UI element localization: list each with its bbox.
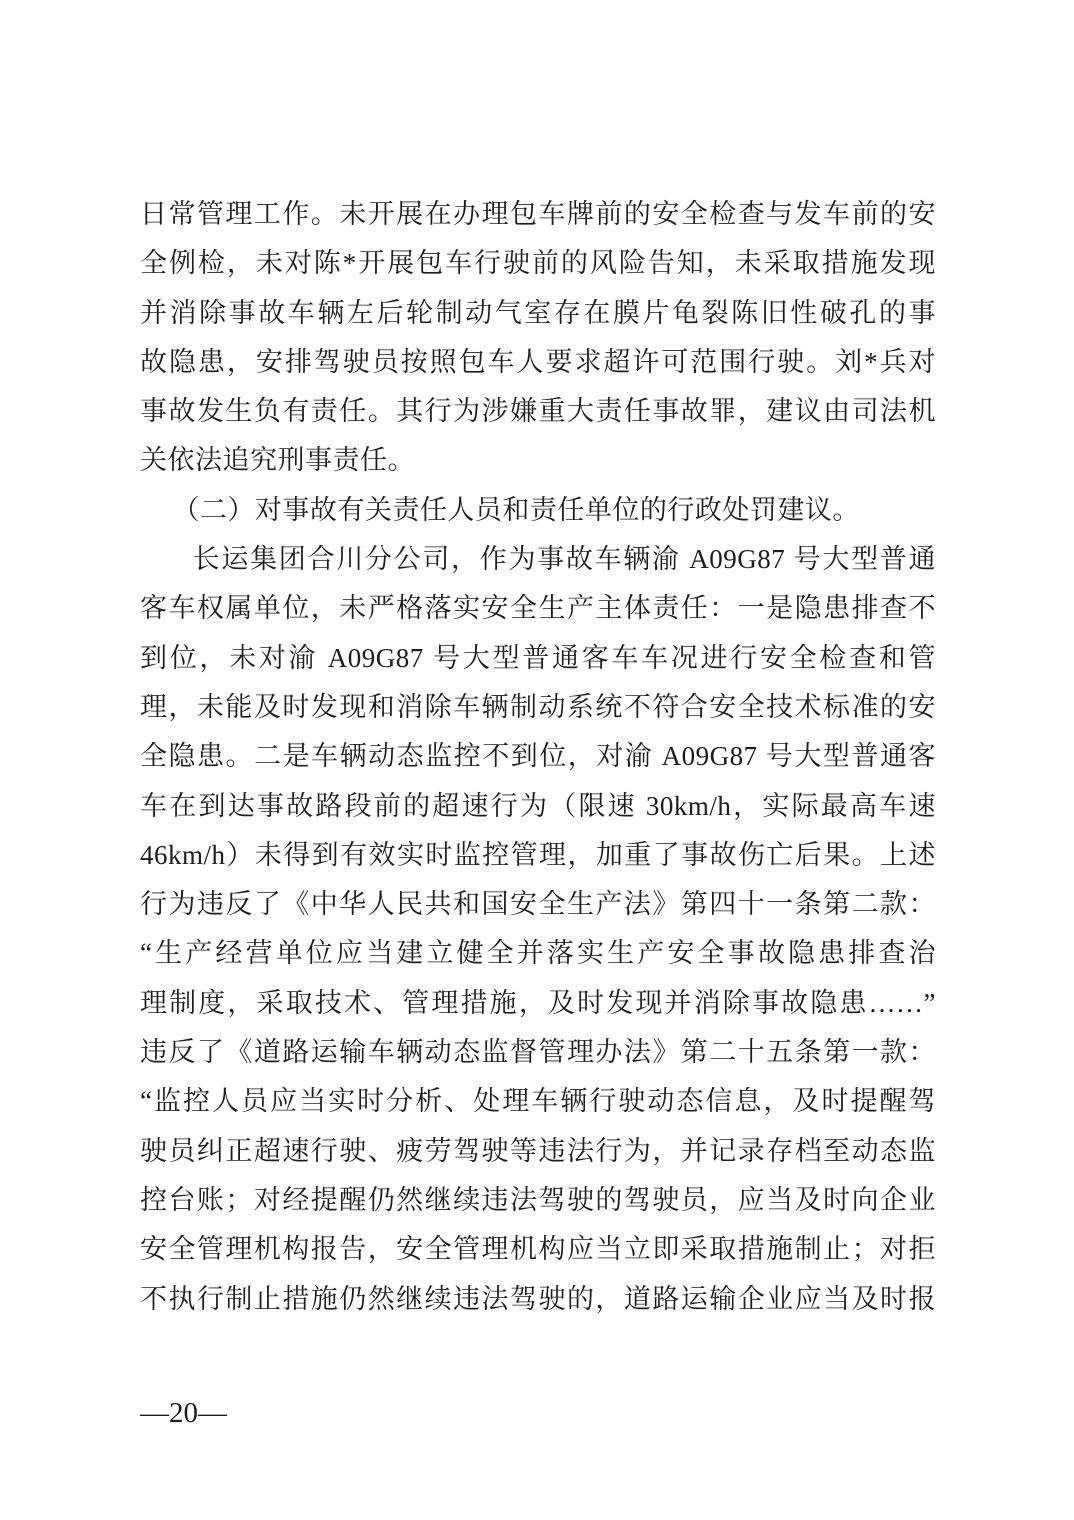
page-number: —20— [140, 1396, 227, 1430]
text-line: 理，未能及时发现和消除车辆制动系统不符合安全技术标准的安 [140, 683, 936, 732]
text-line: 控台账；对经提醒仍然继续违法驾驶的驾驶员，应当及时向企业 [140, 1176, 936, 1225]
text-line: 并消除事故车辆左后轮制动气室存在膜片龟裂陈旧性破孔的事 [140, 289, 936, 338]
text-line: 全例检，未对陈*开展包车行驶前的风险告知，未采取措施发现 [140, 239, 936, 288]
text-line: 行为违反了《中华人民共和国安全生产法》第四十一条第二款： [140, 880, 936, 929]
text-line: 安全管理机构报告，安全管理机构应当立即采取措施制止；对拒 [140, 1225, 936, 1274]
text-line: “监控人员应当实时分析、处理车辆行驶动态信息，及时提醒驾 [140, 1077, 936, 1126]
text-line: 关依法追究刑事责任。 [140, 436, 936, 485]
text-line: 故隐患，安排驾驶员按照包车人要求超许可范围行驶。刘*兵对 [140, 338, 936, 387]
text-line: 到位，未对渝 A09G87 号大型普通客车车况进行安全检查和管 [140, 634, 936, 683]
document-body: 日常管理工作。未开展在办理包车牌前的安全检查与发车前的安 全例检，未对陈*开展包… [140, 190, 936, 1324]
text-line: 车在到达事故路段前的超速行为（限速 30km/h，实际最高车速 [140, 782, 936, 831]
text-line: 客车权属单位，未严格落实安全生产主体责任：一是隐患排查不 [140, 584, 936, 633]
text-line: 理制度，采取技术、管理措施，及时发现并消除事故隐患……” [140, 979, 936, 1028]
document-page: 日常管理工作。未开展在办理包车牌前的安全检查与发车前的安 全例检，未对陈*开展包… [0, 0, 1074, 1520]
text-line: 日常管理工作。未开展在办理包车牌前的安全检查与发车前的安 [140, 190, 936, 239]
text-line: 46km/h）未得到有效实时监控管理，加重了事故伤亡后果。上述 [140, 831, 936, 880]
text-line: 长运集团合川分公司，作为事故车辆渝 A09G87 号大型普通 [140, 535, 936, 584]
text-line: 违反了《道路运输车辆动态监督管理办法》第二十五条第一款： [140, 1028, 936, 1077]
text-line: “生产经营单位应当建立健全并落实生产安全事故隐患排查治 [140, 929, 936, 978]
text-line: 不执行制止措施仍然继续违法驾驶的，道路运输企业应当及时报 [140, 1275, 936, 1324]
text-line: 事故发生负有责任。其行为涉嫌重大责任事故罪，建议由司法机 [140, 387, 936, 436]
text-line: （二）对事故有关责任人员和责任单位的行政处罚建议。 [140, 486, 936, 535]
text-line: 全隐患。二是车辆动态监控不到位，对渝 A09G87 号大型普通客 [140, 732, 936, 781]
text-line: 驶员纠正超速行驶、疲劳驾驶等违法行为，并记录存档至动态监 [140, 1127, 936, 1176]
